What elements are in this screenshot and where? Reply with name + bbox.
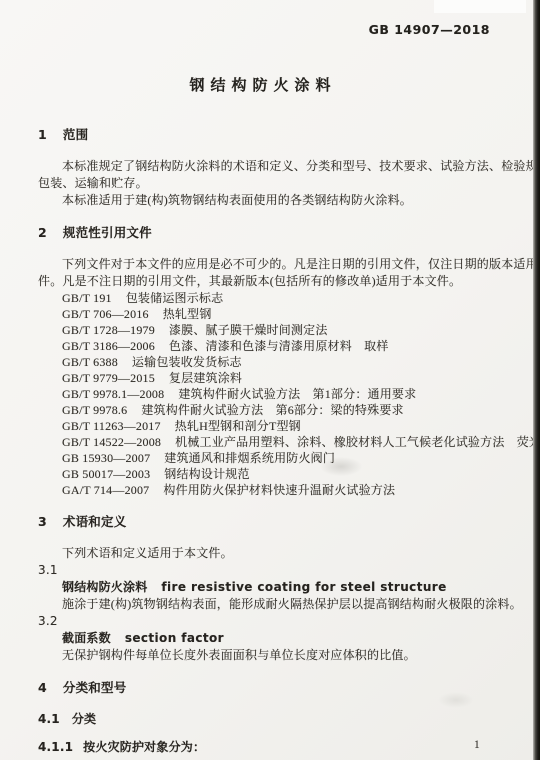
reference-item: GB/T 191包装储运图示标志: [38, 290, 510, 306]
reference-item: GB 50017—2003钢结构设计规范: [38, 466, 510, 482]
term-chinese: 截面系数: [62, 631, 111, 645]
line-text: 复层建筑涂料: [169, 371, 242, 385]
line-text: 无保护钢构件每单位长度外表面面积与单位长度对应体积的比值。: [62, 648, 416, 662]
term-number: 3.2: [38, 613, 510, 630]
paragraph-line: 下列文件对于本文件的应用是必不可少的。凡是注日期的引用文件，仅注日期的版本适用于…: [38, 256, 510, 273]
clause-heading: 4.1.1按火灾防护对象分为：: [38, 739, 510, 756]
reference-item: GB/T 14522—2008机械工业产品用塑料、涂料、橡胶材料人工气候老化试验…: [38, 434, 510, 450]
scan-artifact-smudge: [320, 457, 362, 476]
line-text: 下列文件对于本文件的应用是必不可少的。凡是注日期的引用文件，仅注日期的版本适用于…: [62, 257, 540, 271]
line-text: 热轧H型钢和剖分T型钢: [175, 419, 301, 433]
line-text: 包装、运输和贮存。: [38, 176, 148, 190]
line-text: 本标准规定了钢结构防火涂料的术语和定义、分类和型号、技术要求、试验方法、检验规则…: [62, 159, 540, 173]
section-heading: 3术语和定义: [38, 513, 510, 530]
line-text: 构件用防火保护材料快速升温耐火试验方法: [163, 483, 395, 497]
term-title-line: 截面系数section factor: [38, 630, 510, 647]
paragraph-line: 包装、运输和贮存。: [38, 175, 510, 192]
reference-item: GB/T 3186—2006色漆、清漆和色漆与清漆用原材料 取样: [38, 338, 510, 354]
document-page: GB 14907—2018 钢结构防火涂料 1范围本标准规定了钢结构防火涂料的术…: [0, 0, 540, 760]
term-title-line: 钢结构防火涂料fire resistive coating for steel …: [38, 579, 510, 596]
standard-code-header: GB 14907—2018: [369, 22, 490, 37]
heading-number: 3: [38, 514, 47, 529]
reference-code: GB/T 9779—2015: [62, 371, 155, 385]
reference-code: GB 15930—2007: [62, 451, 150, 465]
line-text: 运输包装收发货标志: [132, 355, 242, 369]
line-text: 分类: [72, 712, 96, 726]
reference-code: GB/T 9978.6: [62, 403, 127, 417]
line-text: 按火灾防护对象分为：: [83, 740, 205, 754]
line-text: 建筑构件耐火试验方法 第6部分：梁的特殊要求: [141, 403, 403, 417]
line-text: 色漆、清漆和色漆与清漆用原材料 取样: [169, 339, 389, 353]
subsection-heading: 4.1分类: [38, 711, 510, 728]
line-text: 包装储运图示标志: [126, 291, 224, 305]
heading-number: 1: [38, 127, 47, 142]
scan-artifact-smudge: [438, 692, 474, 708]
reference-item: GB/T 706—2016热轧型钢: [38, 306, 510, 322]
term-definition-line: 无保护钢构件每单位长度外表面面积与单位长度对应体积的比值。: [38, 647, 510, 664]
reference-code: GB/T 6388: [62, 355, 118, 369]
reference-code: GB/T 191: [62, 291, 112, 305]
term-number: 3.1: [38, 562, 510, 579]
reference-item: GB/T 9779—2015复层建筑涂料: [38, 370, 510, 386]
term-definition-line: 施涂于建(构)筑物钢结构表面，能形成耐火隔热保护层以提高钢结构耐火极限的涂料。: [38, 596, 510, 613]
reference-code: GB/T 11263—2017: [62, 419, 161, 433]
document-body: 1范围本标准规定了钢结构防火涂料的术语和定义、分类和型号、技术要求、试验方法、检…: [38, 126, 510, 756]
line-text: 建筑通风和排烟系统用防火阀门: [164, 451, 335, 465]
paragraph-line: 本标准适用于建(构)筑物钢结构表面使用的各类钢结构防火涂料。: [38, 192, 510, 209]
reference-code: GB/T 3186—2006: [62, 339, 155, 353]
scan-artifact-light-patch: [434, 0, 526, 13]
reference-item: GB/T 9978.1—2008建筑构件耐火试验方法 第1部分：通用要求: [38, 386, 510, 402]
paragraph-line: 本标准规定了钢结构防火涂料的术语和定义、分类和型号、技术要求、试验方法、检验规则…: [38, 158, 510, 175]
heading-number: 4: [38, 680, 47, 695]
line-text: 范围: [63, 127, 88, 142]
reference-code: GB/T 706—2016: [62, 307, 149, 321]
line-text: 钢结构设计规范: [164, 467, 249, 481]
reference-item: GB/T 6388运输包装收发货标志: [38, 354, 510, 370]
reference-code: GB/T 1728—1979: [62, 323, 155, 337]
section-heading: 4分类和型号: [38, 679, 510, 696]
document-title: 钢结构防火涂料: [0, 74, 520, 95]
reference-item: GB/T 1728—1979漆膜、腻子膜干燥时间测定法: [38, 322, 510, 338]
heading-number: 2: [38, 225, 47, 240]
term-chinese: 钢结构防火涂料: [62, 580, 147, 594]
line-text: 规范性引用文件: [63, 225, 152, 240]
paragraph-line: 件。凡是不注日期的引用文件，其最新版本(包括所有的修改单)适用于本文件。: [38, 273, 510, 290]
line-text: 术语和定义: [63, 514, 127, 529]
reference-code: GB 50017—2003: [62, 467, 150, 481]
line-text: 机械工业产品用塑料、涂料、橡胶材料人工气候老化试验方法 荧光紫外灯: [175, 435, 540, 449]
reference-item: GB/T 11263—2017热轧H型钢和剖分T型钢: [38, 418, 510, 434]
page-number: 1: [474, 739, 480, 751]
reference-code: GA/T 714—2007: [62, 483, 149, 497]
reference-code: GB/T 14522—2008: [62, 435, 161, 449]
paragraph-line: 下列术语和定义适用于本文件。: [38, 545, 510, 562]
reference-item: GA/T 714—2007构件用防火保护材料快速升温耐火试验方法: [38, 482, 510, 498]
scan-edge-shadow: [533, 0, 540, 760]
heading-number: 4.1: [38, 712, 60, 726]
section-heading: 2规范性引用文件: [38, 224, 510, 241]
section-heading: 1范围: [38, 126, 510, 143]
line-text: 漆膜、腻子膜干燥时间测定法: [169, 323, 328, 337]
line-text: 件。凡是不注日期的引用文件，其最新版本(包括所有的修改单)适用于本文件。: [38, 274, 461, 288]
line-text: 3.2: [38, 614, 58, 628]
heading-number: 4.1.1: [38, 740, 73, 754]
term-english: fire resistive coating for steel structu…: [161, 580, 446, 594]
line-text: 下列术语和定义适用于本文件。: [62, 546, 233, 560]
line-text: 本标准适用于建(构)筑物钢结构表面使用的各类钢结构防火涂料。: [62, 193, 412, 207]
reference-item: GB/T 9978.6建筑构件耐火试验方法 第6部分：梁的特殊要求: [38, 402, 510, 418]
term-english: section factor: [125, 631, 224, 645]
line-text: 热轧型钢: [163, 307, 212, 321]
line-text: 分类和型号: [63, 680, 127, 695]
line-text: 建筑构件耐火试验方法 第1部分：通用要求: [178, 387, 416, 401]
line-text: 施涂于建(构)筑物钢结构表面，能形成耐火隔热保护层以提高钢结构耐火极限的涂料。: [62, 597, 522, 611]
reference-code: GB/T 9978.1—2008: [62, 387, 164, 401]
line-text: 3.1: [38, 563, 58, 577]
reference-item: GB 15930—2007建筑通风和排烟系统用防火阀门: [38, 450, 510, 466]
